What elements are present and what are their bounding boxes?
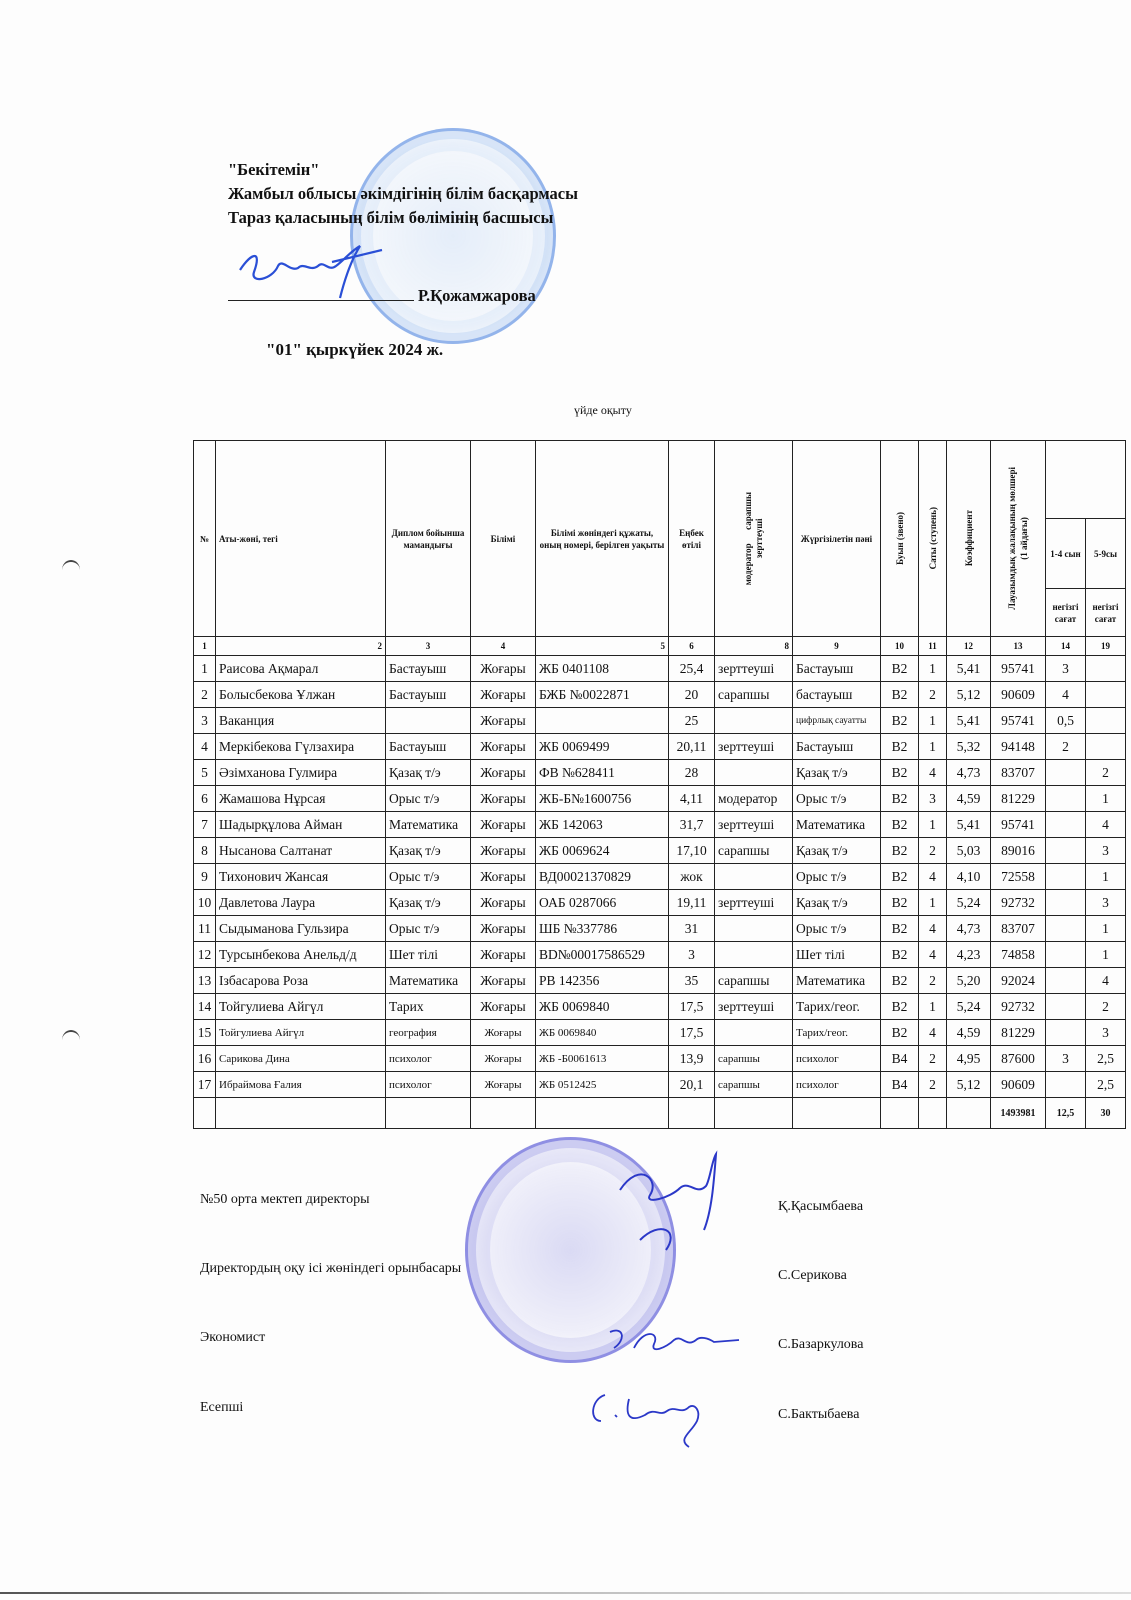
cell-h19: 2 (1086, 994, 1126, 1020)
cell-no: 11 (194, 916, 216, 942)
cell-category: зерттеуші (715, 812, 793, 838)
cell-specialty: Орыс т/э (386, 864, 471, 890)
cell-education: Жоғары (471, 1020, 536, 1046)
cell-tier: В2 (881, 786, 919, 812)
cell-h14 (1046, 864, 1086, 890)
cell-step: 3 (919, 786, 947, 812)
cell-experience: 25,4 (669, 656, 715, 682)
cell-tier: В2 (881, 760, 919, 786)
punch-hole-mark (62, 560, 80, 580)
cell-document: ФВ №628411 (536, 760, 669, 786)
cell-coefficient: 5,24 (947, 890, 991, 916)
cell-name: Шадырқұлова Айман (216, 812, 386, 838)
cell-salary: 89016 (991, 838, 1046, 864)
cell-name: Нысанова Салтанат (216, 838, 386, 864)
cell-name: Раисова Ақмарал (216, 656, 386, 682)
cell-h19: 3 (1086, 1020, 1126, 1046)
approval-block: "Бекітемін" Жамбыл облысы әкімдігінің бі… (228, 158, 578, 230)
cell-no: 10 (194, 890, 216, 916)
table-row: 1Раисова АқмаралБастауышЖоғарыЖБ 0401108… (194, 656, 1126, 682)
cell-no: 17 (194, 1072, 216, 1098)
cell-h19: 2,5 (1086, 1046, 1126, 1072)
cell-category: модератор (715, 786, 793, 812)
cell-salary: 83707 (991, 760, 1046, 786)
cell-name: Сыдыманова Гульзира (216, 916, 386, 942)
cell-tier: В2 (881, 838, 919, 864)
cell-specialty: Орыс т/э (386, 916, 471, 942)
cell-education: Жоғары (471, 812, 536, 838)
cell-coefficient: 4,23 (947, 942, 991, 968)
cell-subject: психолог (793, 1046, 881, 1072)
cell-education: Жоғары (471, 890, 536, 916)
cell-experience: жок (669, 864, 715, 890)
cell-experience: 13,9 (669, 1046, 715, 1072)
cell-subject: бастауыш (793, 682, 881, 708)
cell-step: 4 (919, 864, 947, 890)
cell-name: Меркібекова Гүлзахира (216, 734, 386, 760)
cell-h14 (1046, 786, 1086, 812)
header-coefficient: Коэффициент (947, 441, 991, 637)
cell-document: ЖБ-Б№1600756 (536, 786, 669, 812)
signature-role-deputy: Директордың оқу ісі жөніндегі орынбасары (200, 1261, 461, 1277)
cell-h14 (1046, 916, 1086, 942)
cell-h19 (1086, 708, 1126, 734)
table-body: 1Раисова АқмаралБастауышЖоғарыЖБ 0401108… (194, 656, 1126, 1098)
signature-name-director: Қ.Қасымбаева (778, 1199, 863, 1215)
cell-experience: 20,11 (669, 734, 715, 760)
cell-experience: 17,5 (669, 994, 715, 1020)
cell-subject: психолог (793, 1072, 881, 1098)
cell-category: сарапшы (715, 1046, 793, 1072)
cell-coefficient: 4,59 (947, 1020, 991, 1046)
cell-h19 (1086, 682, 1126, 708)
cell-experience: 17,5 (669, 1020, 715, 1046)
cell-document: ЖБ 0069499 (536, 734, 669, 760)
cell-subject: Орыс т/э (793, 864, 881, 890)
cell-category (715, 942, 793, 968)
cell-education: Жоғары (471, 916, 536, 942)
cell-salary: 95741 (991, 656, 1046, 682)
director-signature (600, 1150, 730, 1270)
cell-subject: цифрлық сауатты (793, 708, 881, 734)
cell-no: 12 (194, 942, 216, 968)
cell-education: Жоғары (471, 1046, 536, 1072)
cell-salary: 81229 (991, 1020, 1046, 1046)
total-hours-14: 12,5 (1046, 1098, 1086, 1129)
cell-document: ОАБ 0287066 (536, 890, 669, 916)
cell-salary: 90609 (991, 682, 1046, 708)
header-step-label: Саты (ступень) (927, 507, 939, 569)
cell-subject: Орыс т/э (793, 786, 881, 812)
cell-step: 2 (919, 968, 947, 994)
cell-tier: В4 (881, 1046, 919, 1072)
total-salary: 1493981 (991, 1098, 1046, 1129)
header-salary-line2: (1 айдағы) (1019, 517, 1029, 560)
cell-name: Тойгулиева Айгүл (216, 1020, 386, 1046)
cell-subject: Қазақ т/э (793, 838, 881, 864)
colnum: 8 (715, 637, 793, 656)
cell-h19: 1 (1086, 864, 1126, 890)
cell-subject: Бастауыш (793, 656, 881, 682)
cell-tier: В2 (881, 890, 919, 916)
table-row: 2Болысбекова ҰлжанБастауышЖоғарыБЖБ №002… (194, 682, 1126, 708)
approver-name: Р.Қожамжарова (418, 286, 536, 306)
cell-h14: 4 (1046, 682, 1086, 708)
staff-table: № Аты-жөні, тегі Диплом бойынша мамандығ… (193, 440, 1126, 1129)
header-education: Білімі (471, 441, 536, 637)
cell-education: Жоғары (471, 734, 536, 760)
cell-no: 4 (194, 734, 216, 760)
cell-document: ВД00021370829 (536, 864, 669, 890)
cell-h14: 0,5 (1046, 708, 1086, 734)
cell-specialty: Шет тілі (386, 942, 471, 968)
cell-h14 (1046, 1072, 1086, 1098)
cell-specialty: Математика (386, 968, 471, 994)
cell-tier: В2 (881, 968, 919, 994)
table-row: 6Жамашова НұрсаяОрыс т/эЖоғарыЖБ-Б№16007… (194, 786, 1126, 812)
school-stamp (465, 1137, 676, 1363)
cell-salary: 83707 (991, 916, 1046, 942)
signature-name-economist: С.Базаркулова (778, 1337, 863, 1353)
cell-coefficient: 5,03 (947, 838, 991, 864)
cell-h14 (1046, 890, 1086, 916)
cell-salary: 92732 (991, 994, 1046, 1020)
cell-coefficient: 5,12 (947, 682, 991, 708)
cell-name: Жамашова Нұрсая (216, 786, 386, 812)
cell-h14 (1046, 812, 1086, 838)
cell-document: ЖБ 0069840 (536, 994, 669, 1020)
cell-step: 4 (919, 942, 947, 968)
cell-document (536, 708, 669, 734)
signature-role-economist: Экономист (200, 1330, 265, 1346)
cell-no: 7 (194, 812, 216, 838)
header-category-expert: сарапшы (743, 492, 753, 530)
cell-category (715, 1020, 793, 1046)
cell-experience: 17,10 (669, 838, 715, 864)
signature-name-deputy: С.Серикова (778, 1268, 847, 1284)
header-no: № (194, 441, 216, 637)
cell-subject: Шет тілі (793, 942, 881, 968)
cell-name: Сарикова Дина (216, 1046, 386, 1072)
cell-step: 4 (919, 1020, 947, 1046)
cell-document: ЖБ 0401108 (536, 656, 669, 682)
cell-tier: В4 (881, 1072, 919, 1098)
cell-salary: 95741 (991, 812, 1046, 838)
header-experience: Еңбек өтілі (669, 441, 715, 637)
cell-name: Ізбасарова Роза (216, 968, 386, 994)
cell-tier: В2 (881, 682, 919, 708)
cell-step: 4 (919, 760, 947, 786)
cell-specialty: Бастауыш (386, 656, 471, 682)
cell-h19: 4 (1086, 812, 1126, 838)
table-row: 13Ізбасарова РозаМатематикаЖоғарыРВ 1423… (194, 968, 1126, 994)
cell-no: 14 (194, 994, 216, 1020)
cell-tier: В2 (881, 942, 919, 968)
cell-step: 2 (919, 1046, 947, 1072)
cell-specialty: психолог (386, 1046, 471, 1072)
cell-no: 6 (194, 786, 216, 812)
cell-h19: 1 (1086, 916, 1126, 942)
cell-h14 (1046, 942, 1086, 968)
cell-category: зерттеуші (715, 656, 793, 682)
totals-row: 1493981 12,5 30 (194, 1098, 1126, 1129)
header-tier: Буын (звено) (881, 441, 919, 637)
cell-no: 5 (194, 760, 216, 786)
header-subject: Жүргізілетін пәні (793, 441, 881, 637)
cell-no: 15 (194, 1020, 216, 1046)
cell-step: 1 (919, 656, 947, 682)
cell-education: Жоғары (471, 838, 536, 864)
cell-subject: Математика (793, 968, 881, 994)
table-row: 10Давлетова ЛаураҚазақ т/эЖоғарыОАБ 0287… (194, 890, 1126, 916)
cell-h14 (1046, 760, 1086, 786)
cell-tier: В2 (881, 864, 919, 890)
cell-coefficient: 4,95 (947, 1046, 991, 1072)
cell-step: 1 (919, 890, 947, 916)
header-grades-1-4: 1-4 сын (1046, 519, 1086, 589)
cell-experience: 3 (669, 942, 715, 968)
cell-subject: Орыс т/э (793, 916, 881, 942)
cell-category: зерттеуші (715, 734, 793, 760)
cell-document: БЖБ №0022871 (536, 682, 669, 708)
cell-no: 9 (194, 864, 216, 890)
cell-step: 1 (919, 734, 947, 760)
header-category-moderator: модератор (743, 543, 753, 585)
approver-signature (232, 232, 392, 302)
cell-subject: Қазақ т/э (793, 890, 881, 916)
cell-h19: 4 (1086, 968, 1126, 994)
cell-subject: Бастауыш (793, 734, 881, 760)
cell-no: 2 (194, 682, 216, 708)
punch-hole-mark (62, 1030, 80, 1050)
colnum: 13 (991, 637, 1046, 656)
cell-category: сарапшы (715, 838, 793, 864)
cell-education: Жоғары (471, 682, 536, 708)
table-row: 3ВаканцияЖоғары25цифрлық сауаттыВ215,419… (194, 708, 1126, 734)
cell-specialty: Математика (386, 812, 471, 838)
cell-step: 4 (919, 916, 947, 942)
header-category: модератор сарапшы зерттеуші (715, 441, 793, 637)
cell-specialty: Бастауыш (386, 682, 471, 708)
cell-document: ЖБ 142063 (536, 812, 669, 838)
economist-signature (604, 1318, 744, 1378)
signature-role-director: №50 орта мектеп директоры (200, 1192, 369, 1208)
cell-h19: 1 (1086, 786, 1126, 812)
cell-salary: 81229 (991, 786, 1046, 812)
table-row: 11Сыдыманова ГульзираОрыс т/эЖоғарыШБ №3… (194, 916, 1126, 942)
colnum: 11 (919, 637, 947, 656)
cell-tier: В2 (881, 994, 919, 1020)
header-salary-line1: Лауазымдық жалақының мөлшері (1007, 467, 1017, 610)
approval-org-line2: Тараз қаласының білім бөлімінің басшысы (228, 206, 578, 230)
table-row: 12Турсынбекова Анельд/дШет тіліЖоғарыBD№… (194, 942, 1126, 968)
cell-step: 1 (919, 812, 947, 838)
cell-category (715, 916, 793, 942)
table-row: 5Әзімханова ГулмираҚазақ т/эЖоғарыФВ №62… (194, 760, 1126, 786)
cell-coefficient: 5,32 (947, 734, 991, 760)
signature-name-accountant: С.Бактыбаева (778, 1407, 859, 1423)
cell-salary: 92024 (991, 968, 1046, 994)
cell-specialty (386, 708, 471, 734)
header-base-hours-b: негізгі сағат (1086, 589, 1126, 637)
header-salary: Лауазымдық жалақының мөлшері (1 айдағы) (991, 441, 1046, 637)
header-tier-label: Буын (звено) (894, 512, 906, 565)
cell-no: 8 (194, 838, 216, 864)
cell-h14 (1046, 838, 1086, 864)
colnum: 14 (1046, 637, 1086, 656)
cell-name: Болысбекова Ұлжан (216, 682, 386, 708)
cell-experience: 19,11 (669, 890, 715, 916)
colnum: 2 (216, 637, 386, 656)
table-row: 15Тойгулиева АйгүлгеографияЖоғарыЖБ 0069… (194, 1020, 1126, 1046)
cell-category: зерттеуші (715, 994, 793, 1020)
cell-step: 2 (919, 682, 947, 708)
cell-category: сарапшы (715, 968, 793, 994)
cell-h14 (1046, 968, 1086, 994)
cell-salary: 72558 (991, 864, 1046, 890)
cell-step: 1 (919, 708, 947, 734)
header-specialty: Диплом бойынша мамандығы (386, 441, 471, 637)
cell-h19: 2 (1086, 760, 1126, 786)
cell-coefficient: 5,41 (947, 656, 991, 682)
cell-education: Жоғары (471, 656, 536, 682)
cell-specialty: Орыс т/э (386, 786, 471, 812)
colnum: 10 (881, 637, 919, 656)
cell-education: Жоғары (471, 1072, 536, 1098)
cell-tier: В2 (881, 656, 919, 682)
cell-document: ШБ №337786 (536, 916, 669, 942)
cell-h19 (1086, 656, 1126, 682)
approval-title: "Бекітемін" (228, 158, 578, 182)
cell-h19: 1 (1086, 942, 1126, 968)
cell-h19 (1086, 734, 1126, 760)
cell-experience: 31 (669, 916, 715, 942)
cell-specialty: Қазақ т/э (386, 890, 471, 916)
table-row: 17Ибраймова ҒалияпсихологЖоғарыЖБ 051242… (194, 1072, 1126, 1098)
colnum: 1 (194, 637, 216, 656)
cell-category: зерттеуші (715, 890, 793, 916)
cell-category (715, 708, 793, 734)
cell-name: Әзімханова Гулмира (216, 760, 386, 786)
cell-education: Жоғары (471, 708, 536, 734)
signature-line (228, 300, 414, 301)
cell-name: Тихонович Жансая (216, 864, 386, 890)
header-hours-group (1046, 441, 1126, 519)
cell-subject: Тарих/геог. (793, 994, 881, 1020)
cell-tier: В2 (881, 916, 919, 942)
cell-coefficient: 4,73 (947, 760, 991, 786)
cell-h14: 3 (1046, 1046, 1086, 1072)
cell-specialty: Бастауыш (386, 734, 471, 760)
cell-name: Ибраймова Ғалия (216, 1072, 386, 1098)
cell-subject: Қазақ т/э (793, 760, 881, 786)
table-row: 4Меркібекова ГүлзахираБастауышЖоғарыЖБ 0… (194, 734, 1126, 760)
cell-experience: 20,1 (669, 1072, 715, 1098)
accountant-signature (585, 1385, 725, 1455)
cell-coefficient: 4,59 (947, 786, 991, 812)
cell-h19: 2,5 (1086, 1072, 1126, 1098)
colnum: 9 (793, 637, 881, 656)
cell-salary: 74858 (991, 942, 1046, 968)
cell-education: Жоғары (471, 786, 536, 812)
cell-experience: 4,11 (669, 786, 715, 812)
colnum: 19 (1086, 637, 1126, 656)
cell-salary: 90609 (991, 1072, 1046, 1098)
cell-specialty: психолог (386, 1072, 471, 1098)
header-document: Білімі жөніндегі құжаты, оның номері, бе… (536, 441, 669, 637)
document-subtitle: үйде оқыту (574, 403, 632, 418)
cell-coefficient: 5,20 (947, 968, 991, 994)
signature-role-accountant: Есепші (200, 1400, 243, 1416)
cell-category: сарапшы (715, 1072, 793, 1098)
cell-h14 (1046, 994, 1086, 1020)
header-coefficient-label: Коэффициент (963, 510, 975, 566)
table-row: 16Сарикова ДинапсихологЖоғарыЖБ -Б006161… (194, 1046, 1126, 1072)
cell-salary: 95741 (991, 708, 1046, 734)
cell-coefficient: 5,24 (947, 994, 991, 1020)
cell-category (715, 760, 793, 786)
cell-education: Жоғары (471, 760, 536, 786)
cell-document: ЖБ 0069840 (536, 1020, 669, 1046)
cell-coefficient: 5,41 (947, 812, 991, 838)
cell-coefficient: 5,41 (947, 708, 991, 734)
cell-subject: Математика (793, 812, 881, 838)
table-row: 9Тихонович ЖансаяОрыс т/эЖоғарыВД0002137… (194, 864, 1126, 890)
cell-step: 1 (919, 994, 947, 1020)
cell-no: 16 (194, 1046, 216, 1072)
cell-document: ЖБ 0069624 (536, 838, 669, 864)
cell-specialty: география (386, 1020, 471, 1046)
cell-tier: В2 (881, 734, 919, 760)
cell-salary: 94148 (991, 734, 1046, 760)
cell-h14 (1046, 1020, 1086, 1046)
cell-step: 2 (919, 838, 947, 864)
colnum: 12 (947, 637, 991, 656)
cell-step: 2 (919, 1072, 947, 1098)
scan-edge (0, 1592, 1131, 1594)
cell-document: ЖБ 0512425 (536, 1072, 669, 1098)
column-number-row: 1 2 3 4 5 6 8 9 10 11 12 13 14 19 (194, 637, 1126, 656)
cell-h19: 3 (1086, 890, 1126, 916)
header-step: Саты (ступень) (919, 441, 947, 637)
cell-education: Жоғары (471, 864, 536, 890)
header-name: Аты-жөні, тегі (216, 441, 386, 637)
total-hours-19: 30 (1086, 1098, 1126, 1129)
cell-coefficient: 4,73 (947, 916, 991, 942)
cell-experience: 35 (669, 968, 715, 994)
cell-coefficient: 4,10 (947, 864, 991, 890)
cell-tier: В2 (881, 812, 919, 838)
cell-document: РВ 142356 (536, 968, 669, 994)
table-row: 14Тойгулиева АйгүлТарихЖоғарыЖБ 00698401… (194, 994, 1126, 1020)
cell-name: Ваканция (216, 708, 386, 734)
cell-specialty: Қазақ т/э (386, 760, 471, 786)
cell-document: ЖБ -Б0061613 (536, 1046, 669, 1072)
cell-education: Жоғары (471, 942, 536, 968)
header-base-hours-a: негізгі сағат (1046, 589, 1086, 637)
cell-tier: В2 (881, 1020, 919, 1046)
cell-document: BD№00017586529 (536, 942, 669, 968)
cell-coefficient: 5,12 (947, 1072, 991, 1098)
cell-no: 1 (194, 656, 216, 682)
cell-salary: 87600 (991, 1046, 1046, 1072)
cell-category (715, 864, 793, 890)
cell-no: 3 (194, 708, 216, 734)
cell-education: Жоғары (471, 994, 536, 1020)
cell-h14: 2 (1046, 734, 1086, 760)
colnum: 6 (669, 637, 715, 656)
approval-org-line1: Жамбыл облысы әкімдігінің білім басқарма… (228, 182, 578, 206)
